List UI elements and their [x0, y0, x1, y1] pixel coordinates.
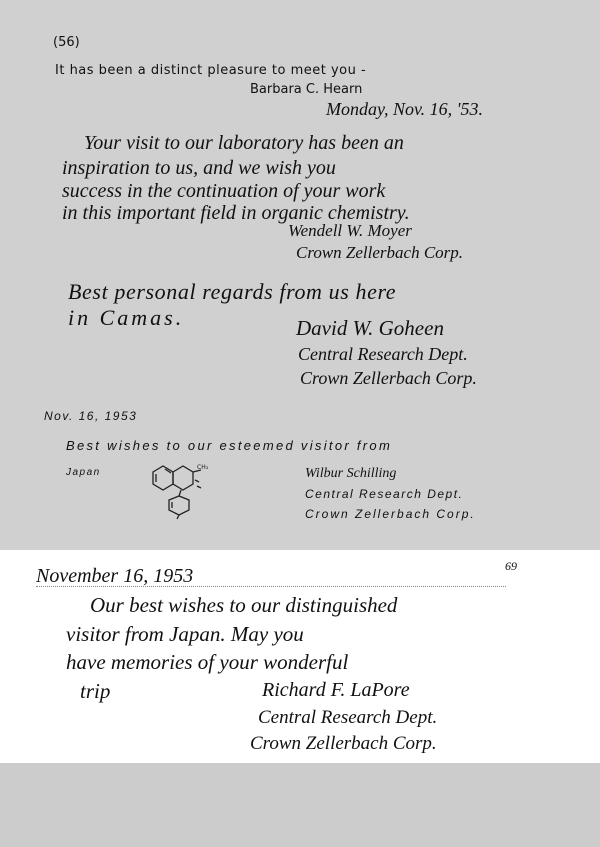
dotted-divider — [36, 586, 506, 587]
entry-2-line: success in the continuation of your work — [62, 181, 385, 201]
entry-4-line: Japan — [66, 468, 101, 478]
entry-2-line: Your visit to our laboratory has been an — [84, 133, 404, 153]
chemical-structure-sketch-icon: CH₃ — [145, 460, 215, 520]
entry-1-signature: Barbara C. Hearn — [250, 83, 362, 96]
entry-1-date: Monday, Nov. 16, '53. — [326, 100, 483, 118]
entry-5-line: trip — [80, 681, 110, 702]
entry-4-line: Best wishes to our esteemed visitor from — [66, 439, 392, 452]
entry-5-signature: Richard F. LaPore — [262, 680, 410, 700]
entry-5-line: visitor from Japan. May you — [66, 624, 304, 645]
entry-5-department: Central Research Dept. — [258, 708, 437, 727]
page-number: 69 — [505, 560, 517, 572]
entry-2-line: in this important field in organic chemi… — [62, 203, 410, 223]
entry-3-line: Best personal regards from us here — [68, 281, 396, 303]
entry-4-department: Central Research Dept. — [305, 488, 463, 500]
entry-3-organization: Crown Zellerbach Corp. — [300, 369, 477, 387]
entry-2-line: inspiration to us, and we wish you — [62, 158, 336, 178]
entry-1-message: It has been a distinct pleasure to meet … — [55, 64, 366, 77]
entry-5-organization: Crown Zellerbach Corp. — [250, 734, 437, 753]
entry-3-signature: David W. Goheen — [296, 318, 444, 339]
entry-4-organization: Crown Zellerbach Corp. — [305, 508, 476, 520]
entry-4-date: Nov. 16, 1953 — [44, 410, 137, 422]
entry-2-organization: Crown Zellerbach Corp. — [296, 244, 463, 261]
entry-4-signature: Wilbur Schilling — [305, 467, 396, 481]
entry-2-signature: Wendell W. Moyer — [288, 222, 412, 239]
entry-3-line: in Camas. — [68, 307, 184, 329]
entry-5-line: Our best wishes to our distinguished — [90, 595, 397, 616]
entry-5-line: have memories of your wonderful — [66, 652, 348, 673]
lower-sheet-date: November 16, 1953 — [36, 566, 193, 586]
page-reference: (56) — [53, 36, 80, 49]
svg-text:CH₃: CH₃ — [197, 464, 209, 471]
entry-3-department: Central Research Dept. — [298, 345, 468, 363]
